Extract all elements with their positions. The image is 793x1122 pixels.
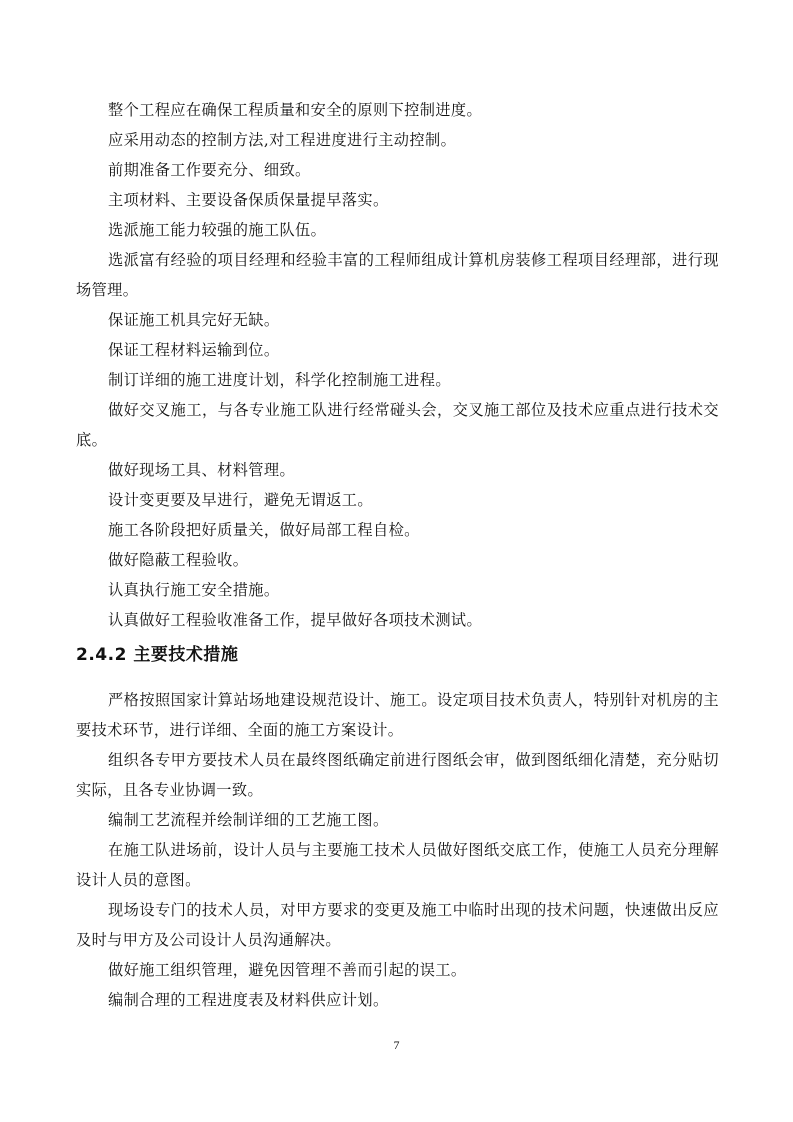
- section-heading: 2.4.2 主要技术措施: [76, 640, 238, 665]
- paragraph: 编制合理的工程进度表及材料供应计划。: [76, 985, 719, 1015]
- page-number: 7: [0, 1038, 793, 1053]
- paragraph: 严格按照国家计算站场地建设规范设计、施工。设定项目技术负责人，特别针对机房的主要…: [76, 685, 719, 745]
- paragraph: 主项材料、主要设备保质保量提早落实。: [76, 185, 719, 215]
- paragraph: 前期准备工作要充分、细致。: [76, 155, 719, 185]
- paragraph: 设计变更要及早进行，避免无谓返工。: [76, 485, 719, 515]
- paragraph: 施工各阶段把好质量关，做好局部工程自检。: [76, 515, 719, 545]
- paragraph: 认真做好工程验收准备工作，提早做好各项技术测试。: [76, 605, 719, 635]
- paragraph: 做好现场工具、材料管理。: [76, 455, 719, 485]
- paragraph: 编制工艺流程并绘制详细的工艺施工图。: [76, 805, 719, 835]
- paragraph: 认真执行施工安全措施。: [76, 575, 719, 605]
- paragraph: 做好交叉施工，与各专业施工队进行经常碰头会，交叉施工部位及技术应重点进行技术交底…: [76, 395, 719, 455]
- paragraph: 保证施工机具完好无缺。: [76, 305, 719, 335]
- paragraph: 选派富有经验的项目经理和经验丰富的工程师组成计算机房装修工程项目经理部，进行现场…: [76, 245, 719, 305]
- paragraph: 做好施工组织管理，避免因管理不善而引起的误工。: [76, 955, 719, 985]
- paragraph: 应采用动态的控制方法,对工程进度进行主动控制。: [76, 125, 719, 155]
- paragraph: 现场设专门的技术人员，对甲方要求的变更及施工中临时出现的技术问题，快速做出反应及…: [76, 895, 719, 955]
- paragraph: 整个工程应在确保工程质量和安全的原则下控制进度。: [76, 95, 719, 125]
- paragraph: 制订详细的施工进度计划，科学化控制施工进程。: [76, 365, 719, 395]
- paragraph: 做好隐蔽工程验收。: [76, 545, 719, 575]
- paragraph: 在施工队进场前，设计人员与主要施工技术人员做好图纸交底工作，使施工人员充分理解设…: [76, 835, 719, 895]
- paragraph: 保证工程材料运输到位。: [76, 335, 719, 365]
- paragraph: 选派施工能力较强的施工队伍。: [76, 215, 719, 245]
- paragraph: 组织各专甲方要技术人员在最终图纸确定前进行图纸会审，做到图纸细化清楚，充分贴切实…: [76, 745, 719, 805]
